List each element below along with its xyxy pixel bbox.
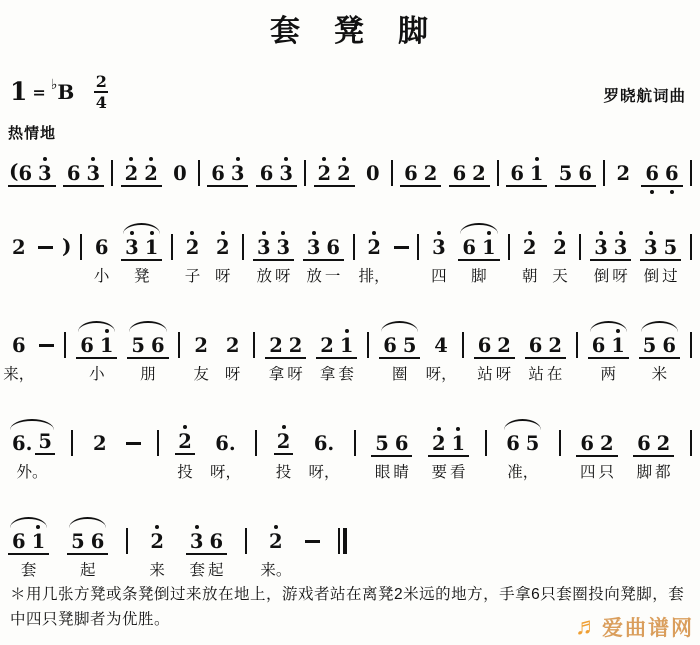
beam-group: 63 (63, 159, 104, 187)
note-group: 2 (613, 159, 635, 185)
barline (64, 332, 66, 358)
note: 2 (550, 236, 570, 259)
note-group: 2天 (549, 233, 571, 259)
beam-group: 63 (256, 159, 297, 187)
time-signature: 2 4 (94, 74, 108, 110)
note-row: 65 (502, 429, 543, 455)
note: 6 (589, 334, 609, 357)
note-group: 2 (89, 429, 111, 455)
note: 6 (257, 162, 277, 185)
note: 6 (659, 334, 679, 357)
note-group: 2 (8, 233, 30, 259)
score: (63632206363220626261562662)6小31凳2子2呀33放… (8, 159, 692, 555)
lyrics: 朝 (520, 264, 539, 286)
barline (126, 528, 128, 554)
lyrics: 呀， (424, 362, 458, 384)
beam-group: (63 (8, 159, 56, 187)
lyric-syllable: 睛 (393, 460, 409, 482)
note: 6 (88, 530, 108, 553)
note-group: 63 (63, 159, 104, 187)
note: 2 (286, 334, 306, 357)
barline (245, 528, 247, 554)
note-group: 2投 (273, 429, 295, 455)
note: 2 (266, 334, 286, 357)
lyric-syllable: 两 (601, 362, 617, 384)
note-group: 33倒呀 (590, 233, 631, 261)
beam-group: 61 (506, 159, 547, 187)
lyric-syllable: 来 (149, 558, 165, 580)
note: 6 (323, 236, 343, 259)
octave-dot-high (558, 231, 562, 235)
octave-dot-high (130, 231, 134, 235)
note-row: 2 (273, 429, 295, 455)
lyric-syllable: 准， (507, 460, 538, 482)
lyric-syllable: 起 (208, 558, 224, 580)
note-group: 62 (400, 159, 441, 187)
lyric-syllable: 排， (359, 264, 390, 286)
lyrics: 倒过 (642, 264, 679, 286)
beam-group: 61 (458, 233, 499, 261)
note: 5 (556, 162, 576, 185)
lyrics: 拿呀 (267, 362, 304, 384)
slur-arc (10, 517, 47, 528)
note-group: 66 (641, 159, 682, 187)
barline (559, 430, 561, 456)
lyric-syllable: 呀 (287, 362, 303, 384)
beam-group: 63 (207, 159, 248, 187)
note: 3 (276, 162, 296, 185)
note-group: 2子 (182, 233, 204, 259)
lyrics: 站在 (527, 362, 564, 384)
octave-dot-low (650, 190, 654, 194)
barline (171, 234, 173, 260)
note: 6 (662, 162, 682, 185)
note: 6 (77, 334, 97, 357)
note-row: 2 (212, 233, 234, 259)
meta-row: 1 = ♭ B 2 4 罗晓航词曲 (10, 74, 686, 110)
lyrics: 圈 (391, 362, 410, 384)
note: 1 (142, 236, 162, 259)
beam-group: 62 (400, 159, 441, 187)
note-group: 2朝 (519, 233, 541, 259)
barline (690, 234, 692, 260)
lyric-syllable: 要 (432, 460, 448, 482)
beam-group: 66 (641, 159, 682, 187)
lyrics: 套 (19, 558, 38, 580)
barline (497, 160, 499, 186)
parenthesis: ) (62, 233, 71, 260)
beam-group: 56 (639, 331, 680, 359)
note-group: 21拿套 (316, 331, 357, 359)
octave-dot-high (528, 231, 532, 235)
note-row: 2 (222, 331, 244, 357)
note: 6 (92, 236, 112, 259)
note-group: 62站在 (525, 331, 566, 359)
equals-sign: = (32, 83, 45, 102)
barline (690, 332, 692, 358)
note: 3 (611, 236, 631, 259)
note: 6 (642, 162, 662, 185)
note: 3 (591, 236, 611, 259)
lyric-syllable: 米 (652, 362, 668, 384)
note: 2 (122, 162, 142, 185)
note-group: 36放一 (303, 233, 344, 261)
note-row: 4 (430, 331, 452, 357)
octave-dot-high (36, 525, 40, 529)
lyric-syllable: 呀， (210, 460, 241, 482)
lyric-syllable: 朝 (522, 264, 538, 286)
note: 2 (223, 334, 243, 357)
barline (242, 234, 244, 260)
note-group: 63 (207, 159, 248, 187)
octave-dot-high (345, 329, 349, 333)
slur-arc (590, 321, 627, 332)
note: 2 (90, 432, 110, 455)
lyric-syllable: 子 (185, 264, 201, 286)
note: 5 (372, 432, 392, 455)
note: 3 (254, 236, 274, 259)
slur-arc (641, 321, 678, 332)
beam-group: 61 (588, 331, 629, 359)
note-group: 35倒过 (640, 233, 681, 261)
octave-dot-high (619, 231, 623, 235)
note: 2 (520, 236, 540, 259)
lyrics: 友 (192, 362, 211, 384)
lyric-syllable: 拿 (269, 362, 285, 384)
octave-dot-high (183, 425, 187, 429)
note: 2 (545, 334, 565, 357)
watermark-site-name: 爱曲谱网 (602, 612, 694, 642)
note: 5 (523, 432, 543, 455)
barline (304, 160, 306, 186)
lyrics: 要看 (430, 460, 467, 482)
lyric-syllable: 看 (450, 460, 466, 482)
note-group: 65圈 (379, 331, 420, 359)
lyrics: 来 (148, 558, 167, 580)
octave-dot-high (599, 231, 603, 235)
note: 6 (380, 334, 400, 357)
lyric-syllable: 四 (580, 460, 596, 482)
note: 2 (654, 432, 674, 455)
octave-dot-high (195, 525, 199, 529)
key-letter: B (57, 80, 74, 104)
lyrics: 呀 (214, 264, 233, 286)
duration-dash (305, 540, 320, 543)
note-group: 2呀 (222, 331, 244, 357)
lyric-syllable: 投 (276, 460, 292, 482)
octave-dot-high (616, 329, 620, 333)
barline (485, 430, 487, 456)
final-barline (338, 528, 347, 554)
duration-dash (126, 442, 141, 445)
lyric-syllable: 呀 (612, 264, 628, 286)
lyric-syllable: 呀 (215, 264, 231, 286)
note-row: 6.5 (8, 429, 56, 455)
octave-dot-high (437, 231, 441, 235)
meter-numerator: 2 (96, 74, 107, 89)
lyrics: 小 (88, 362, 107, 384)
lyric-syllable: 小 (89, 362, 105, 384)
beam-group: 62 (576, 429, 617, 457)
barline (462, 332, 464, 358)
barline (508, 234, 510, 260)
beam-group: 62 (449, 159, 490, 187)
note-group: 22拿呀 (265, 331, 306, 359)
note: 4 (431, 334, 451, 357)
note-group: 22 (121, 159, 162, 187)
note: 5 (68, 530, 88, 553)
lyrics: 小 (92, 264, 111, 286)
note: 5 (400, 334, 420, 357)
note: 6. (212, 432, 238, 455)
slur-arc (381, 321, 418, 332)
note: 6. (311, 432, 337, 455)
lyric-syllable: 放 (306, 264, 322, 286)
music-note-icon: ♬ (575, 615, 599, 639)
lyrics: 两 (599, 362, 618, 384)
lyrics: 子 (183, 264, 202, 286)
lyric-syllable: 倒 (594, 264, 610, 286)
note-row: 2 (613, 159, 635, 185)
octave-dot-high (105, 329, 109, 333)
lyrics: 四只 (578, 460, 615, 482)
note: 6 (526, 334, 546, 357)
slur-arc (69, 517, 106, 528)
octave-dot-high (282, 425, 286, 429)
note: 1 (97, 334, 117, 357)
note-group: 2呀 (212, 233, 234, 259)
octave-dot-high (150, 231, 154, 235)
note-group: 6.5外。 (8, 429, 56, 455)
note-row: 0 (169, 159, 191, 185)
lyrics: 套起 (188, 558, 225, 580)
octave-dot-high (155, 525, 159, 529)
note-group: 56 (555, 159, 596, 187)
note: 3 (122, 236, 142, 259)
note: 2 (9, 236, 29, 259)
note-group: (63 (8, 159, 56, 187)
note: 2 (614, 162, 634, 185)
lyrics: 朋 (139, 362, 158, 384)
lyrics: 投 (274, 460, 293, 482)
note: 5 (35, 430, 55, 455)
beam-group: 62 (474, 331, 515, 359)
lyric-syllable: 呀 (496, 362, 512, 384)
composer-credit: 罗晓航词曲 (603, 84, 686, 106)
beam-group: 35 (640, 233, 681, 261)
key-tonic: 1 (10, 79, 27, 105)
lyric-syllable: 在 (547, 362, 563, 384)
note: 2 (315, 162, 335, 185)
note-row: 6 (8, 331, 30, 357)
lyric-syllable: 套 (21, 558, 37, 580)
note: 6 (64, 162, 84, 185)
lyrics: 来， (2, 362, 36, 384)
lyric-syllable: 拿 (320, 362, 336, 384)
note-row: 2 (549, 233, 571, 259)
note: 1 (449, 432, 469, 455)
beam-group: 33 (590, 233, 631, 261)
lyrics: 天 (551, 264, 570, 286)
note-group: 61套 (8, 527, 49, 555)
octave-dot-high (312, 231, 316, 235)
lyric-syllable: 投 (177, 460, 193, 482)
note: 6 (15, 162, 35, 185)
lyrics: 凳 (132, 264, 151, 286)
note-group: 63 (256, 159, 297, 187)
note: 2 (334, 162, 354, 185)
lyrics: 准， (506, 460, 540, 482)
note: 6 (208, 162, 228, 185)
note-row: 3 (428, 233, 450, 259)
augmentation-dot: . (327, 432, 334, 455)
key-signature: 1 = ♭ B 2 4 (10, 74, 108, 110)
octave-dot-high (284, 157, 288, 161)
note-group: 6来， (8, 331, 30, 357)
octave-dot-high (262, 231, 266, 235)
note: 2 (213, 236, 233, 259)
note-row: 2 (363, 233, 385, 259)
sheet-music-page: 套 凳 脚 1 = ♭ B 2 4 罗晓航词曲 热情地 (63632206363… (0, 0, 700, 645)
duration-dash (394, 246, 409, 249)
note: 1 (29, 530, 49, 553)
note-group: 3四 (428, 233, 450, 259)
lyric-syllable: 站 (528, 362, 544, 384)
beam-group: 22 (314, 159, 355, 187)
barline (576, 332, 578, 358)
watermark: ♬ 爱曲谱网 (575, 612, 694, 642)
note-group: 62四只 (576, 429, 617, 457)
duration-dash (39, 344, 54, 347)
note: 6 (392, 432, 412, 455)
barline-thick (343, 528, 347, 554)
note-group: 62站呀 (474, 331, 515, 359)
octave-dot-high (456, 427, 460, 431)
note-group: 6小 (91, 233, 113, 259)
note-row: 2 (182, 233, 204, 259)
lyrics: 起 (78, 558, 97, 580)
note: 6 (206, 530, 226, 553)
note: 6 (503, 432, 523, 455)
octave-dot-high (342, 157, 346, 161)
note: 5 (640, 334, 660, 357)
note: 6 (459, 236, 479, 259)
note-group: 2来 (146, 527, 168, 553)
note: 6 (507, 162, 527, 185)
lyric-syllable: 过 (662, 264, 678, 286)
octave-dot-high (372, 231, 376, 235)
note: 6 (401, 162, 421, 185)
note-group: 6.呀， (310, 429, 338, 455)
lyric-syllable: 来。 (260, 558, 291, 580)
note: 2 (364, 236, 384, 259)
note-group: 56眼睛 (371, 429, 412, 457)
note: 2 (147, 530, 167, 553)
lyrics: 眼睛 (373, 460, 410, 482)
octave-dot-high (129, 157, 133, 161)
augmentation-dot: . (26, 432, 33, 455)
lyric-syllable: 倒 (644, 264, 660, 286)
barline (157, 430, 159, 456)
octave-dot-high (437, 427, 441, 431)
barline (255, 430, 257, 456)
beam-group: 21 (428, 429, 469, 457)
barline-thin (338, 528, 340, 554)
octave-dot-high (649, 231, 653, 235)
note-group: 2友 (190, 331, 212, 357)
octave-dot-high (43, 157, 47, 161)
octave-dot-high (274, 525, 278, 529)
barline (690, 160, 692, 186)
music-line: (6363220636322062626156266 (8, 159, 692, 187)
lyric-syllable: 外。 (16, 460, 47, 482)
note: 2 (141, 162, 161, 185)
beam-group: 22 (121, 159, 162, 187)
note: 6 (577, 432, 597, 455)
octave-dot-high (487, 231, 491, 235)
lyrics: 脚都 (635, 460, 672, 482)
lyric-syllable: 套 (338, 362, 354, 384)
lyrics: 呀 (223, 362, 242, 384)
lyric-syllable: 放 (257, 264, 273, 286)
lyrics: 外。 (15, 460, 49, 482)
note: 3 (641, 236, 661, 259)
lyric-syllable: 套 (189, 558, 205, 580)
beam-group: 21 (316, 331, 357, 359)
note-row: 2 (174, 429, 196, 455)
note-group: 61两 (588, 331, 629, 359)
note-group: 65准， (502, 429, 543, 455)
lyrics: 站呀 (476, 362, 513, 384)
note: 3 (304, 236, 324, 259)
note: 2 (191, 334, 211, 357)
beam-group: 56 (67, 527, 108, 555)
lyric-syllable: 呀 (225, 362, 241, 384)
note: 2 (469, 162, 489, 185)
music-line: 61套56起2来36套起2来。 (8, 527, 692, 555)
lyric-syllable: 只 (598, 460, 614, 482)
note: 3 (429, 236, 449, 259)
lyrics: 投 (176, 460, 195, 482)
octave-dot-high (221, 231, 225, 235)
barline (690, 430, 692, 456)
note-group: 56起 (67, 527, 108, 555)
octave-dot-high (236, 157, 240, 161)
barline (353, 234, 355, 260)
lyric-syllable: 脚 (637, 460, 653, 482)
note: 3 (187, 530, 207, 553)
barline (603, 160, 605, 186)
note: 5 (128, 334, 148, 357)
beam-group: 61 (8, 527, 49, 555)
note: 6 (450, 162, 470, 185)
octave-dot-low (670, 190, 674, 194)
lyrics: 来。 (259, 558, 293, 580)
note: 3 (35, 162, 55, 185)
lyric-syllable: 呀， (309, 460, 340, 482)
barline (391, 160, 393, 186)
music-line: 2)6小31凳2子2呀33放呀36放一2排，3四61脚2朝2天33倒呀35倒过 (8, 233, 692, 261)
music-line: 6.5外。22投6.呀，2投6.呀，56眼睛21要看65准，62四只62脚都 (8, 429, 692, 457)
lyric-syllable: 圈 (392, 362, 408, 384)
note-group: 2来。 (265, 527, 287, 553)
note: 3 (274, 236, 294, 259)
lyric-syllable: 来， (3, 362, 34, 384)
note-group: 0 (362, 159, 384, 185)
beam-group: 22 (265, 331, 306, 359)
note: 1 (527, 162, 547, 185)
note: 5 (661, 236, 681, 259)
